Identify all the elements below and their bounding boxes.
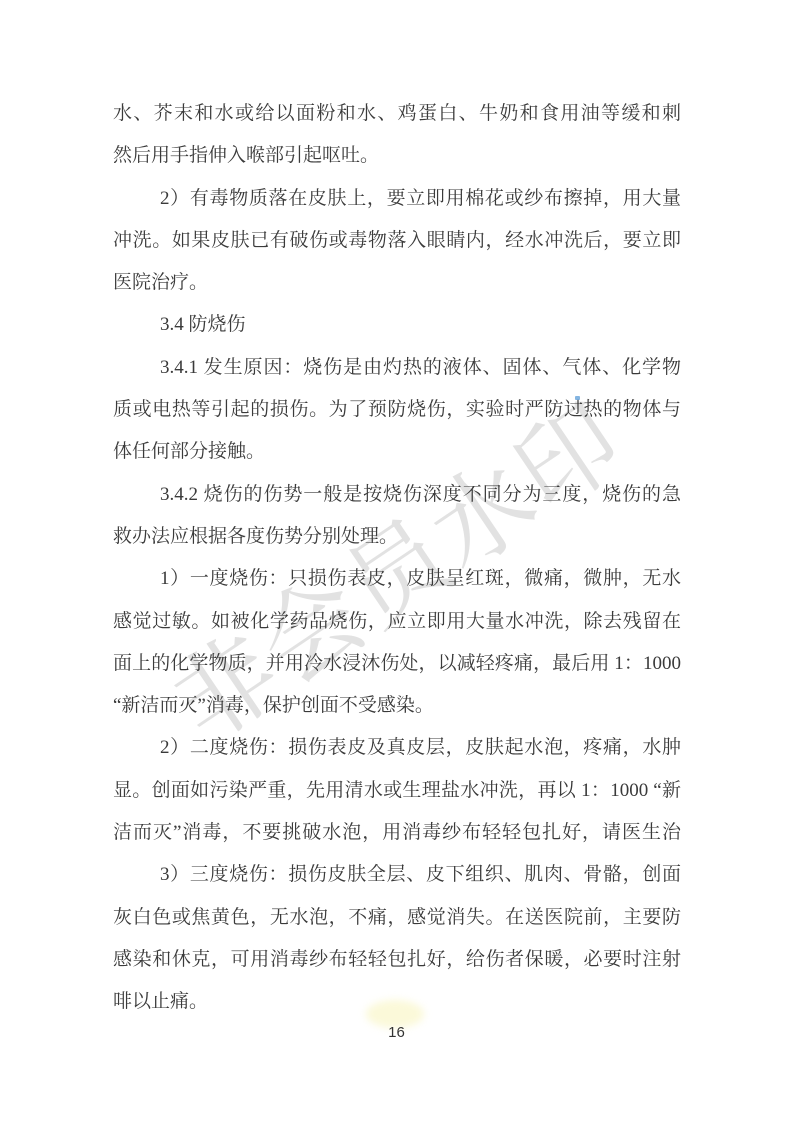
text-line: 冲洗。如果皮肤已有破伤或毒物落入眼睛内，经水冲洗后，要立即送 — [113, 220, 681, 262]
text-line: 3.4.2 烧伤的伤势一般是按烧伤深度不同分为三度，烧伤的急 — [113, 474, 681, 516]
text-line: 灰白色或焦黄色，无水泡，不痛，感觉消失。在送医院前，主要防止 — [113, 897, 681, 939]
text-line: 洁而灭”消毒，不要挑破水泡，用消毒纱布轻轻包扎好，请医生治疗。 — [113, 812, 681, 854]
text-line: 3.4 防烧伤 — [113, 304, 681, 346]
text-line: 3）三度烧伤：损伤皮肤全层、皮下组织、肌肉、骨骼，创面呈 — [113, 854, 681, 896]
text-line: 救办法应根据各度伤势分别处理。 — [113, 516, 681, 558]
text-line: 水、芥末和水或给以面粉和水、鸡蛋白、牛奶和食用油等缓和刺激， — [113, 93, 681, 135]
text-line: 3.4.1 发生原因：烧伤是由灼热的液体、固体、气体、化学物 — [113, 347, 681, 389]
text-line: 然后用手指伸入喉部引起呕吐。 — [113, 135, 681, 177]
text-line: 医院治疗。 — [113, 262, 681, 304]
text-line: 体任何部分接触。 — [113, 431, 681, 473]
text-line: 啡以止痛。 — [113, 981, 681, 1023]
text-line: 2）二度烧伤：损伤表皮及真皮层，皮肤起水泡，疼痛，水肿明 — [113, 727, 681, 769]
text-line: 面上的化学物质，并用冷水浸沐伤处，以减轻疼痛，最后用 1：1000 — [113, 643, 681, 685]
text-line: 质或电热等引起的损伤。为了预防烧伤，实验时严防过热的物体与身 — [113, 389, 681, 431]
text-line: 2）有毒物质落在皮肤上，要立即用棉花或纱布擦掉，用大量水 — [113, 178, 681, 220]
text-line: 感染和休克，可用消毒纱布轻轻包扎好，给伤者保暖，必要时注射吗 — [113, 939, 681, 981]
page-number: 16 — [0, 1024, 793, 1041]
ink-dot-artifact — [575, 396, 580, 400]
text-line: 1）一度烧伤：只损伤表皮，皮肤呈红斑，微痛，微肿，无水泡， — [113, 558, 681, 600]
body-text: 水、芥末和水或给以面粉和水、鸡蛋白、牛奶和食用油等缓和刺激，然后用手指伸入喉部引… — [113, 93, 681, 1024]
text-line: “新洁而灭”消毒，保护创面不受感染。 — [113, 685, 681, 727]
text-line: 感觉过敏。如被化学药品烧伤，应立即用大量水冲洗，除去残留在创 — [113, 601, 681, 643]
text-line: 显。创面如污染严重，先用清水或生理盐水冲洗，再以 1：1000 “新 — [113, 770, 681, 812]
